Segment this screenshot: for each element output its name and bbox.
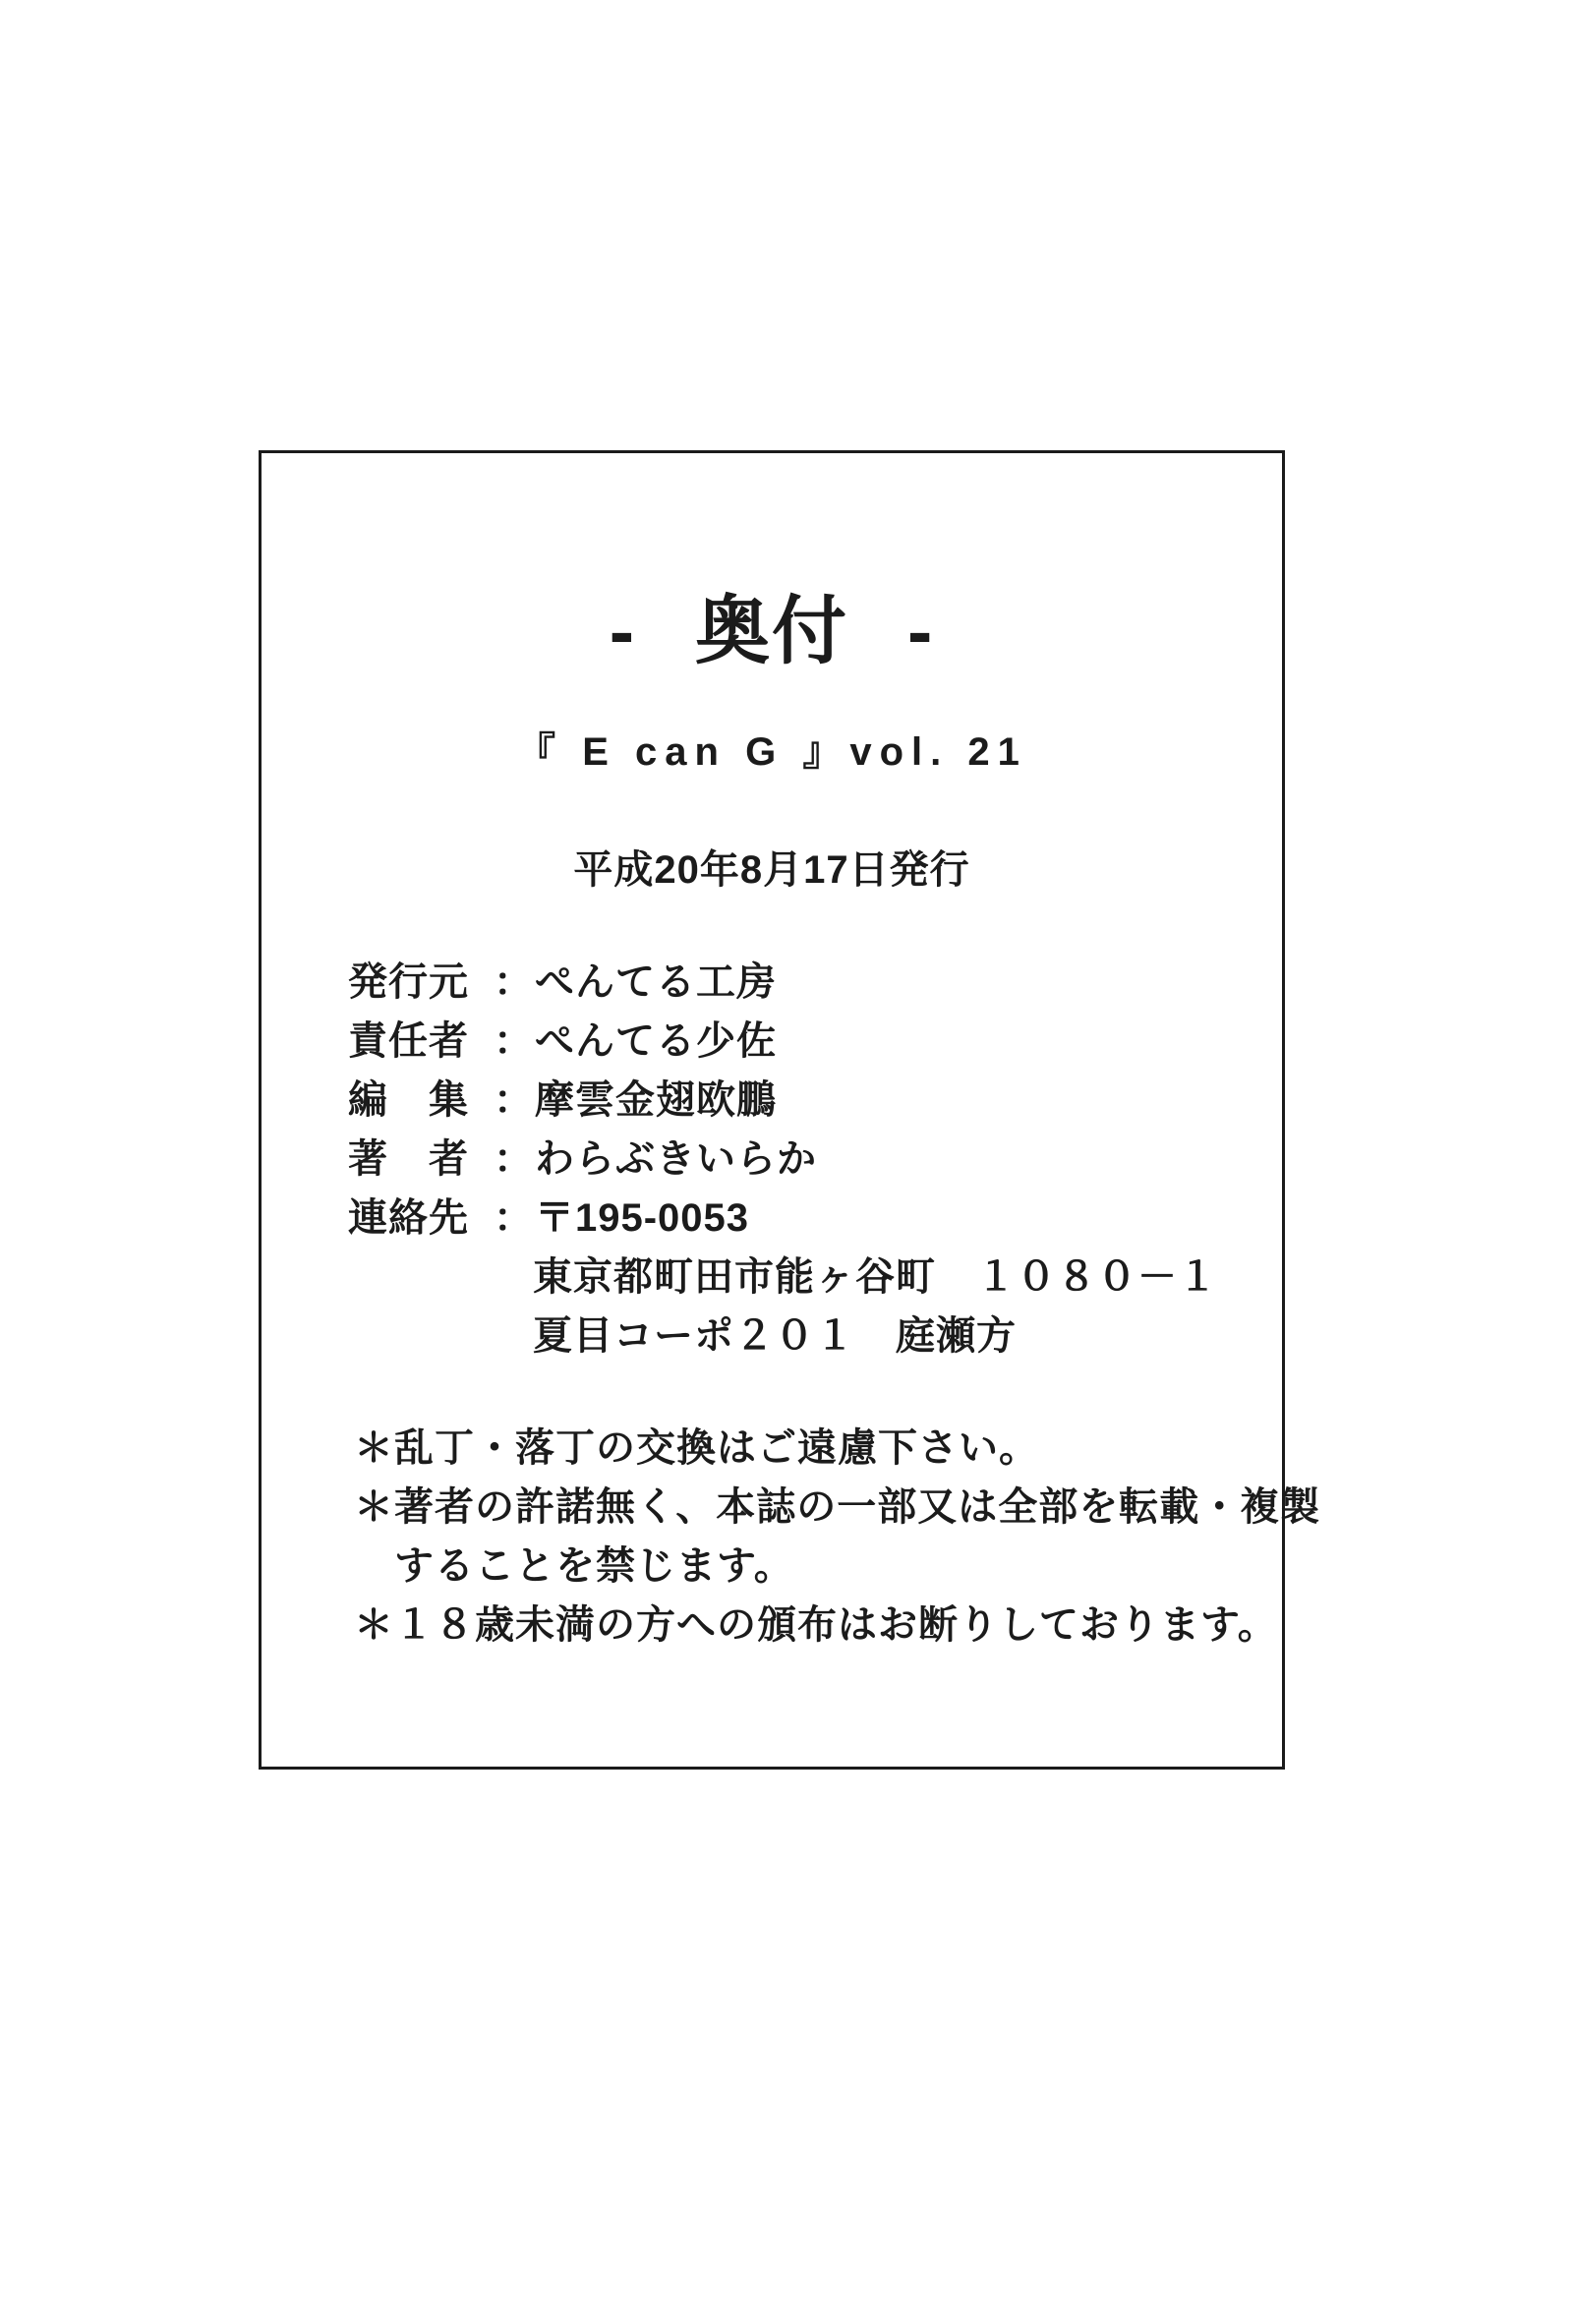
row-value: わらぶきいらか xyxy=(535,1137,817,1181)
colophon-row-author: 著 者：わらぶきいらか xyxy=(348,1130,1282,1189)
row-colon: ： xyxy=(494,1189,533,1248)
title-text: 奥付 xyxy=(695,590,848,673)
row-colon: ： xyxy=(494,1012,533,1071)
page-title: -奥付- xyxy=(262,586,1282,678)
note-age-restriction: ＊１８歳未満の方への頒布はお断りしております。 xyxy=(354,1596,1282,1655)
contact-address-line-1: 東京都町田市能ヶ谷町 １０８０－１ xyxy=(348,1248,1282,1307)
row-label: 編 集 xyxy=(348,1071,464,1130)
scanned-colophon-page: -奥付- 『 E can G 』vol. 21 平成20年8月17日発行 発行元… xyxy=(0,0,1573,2324)
disclaimer-notes-block: ＊乱丁・落丁の交換はご遠慮下さい。 ＊著者の許諾無く、本誌の一部又は全部を転載・… xyxy=(262,1419,1282,1655)
title-dash-right: - xyxy=(907,590,934,673)
colophon-border-box: -奥付- 『 E can G 』vol. 21 平成20年8月17日発行 発行元… xyxy=(259,450,1285,1770)
row-colon: ： xyxy=(494,1130,533,1189)
title-dash-left: - xyxy=(610,590,636,673)
row-colon: ： xyxy=(494,953,533,1012)
volume-title: 『 E can G 』vol. 21 xyxy=(262,728,1282,776)
colophon-info-block: 発行元：ぺんてる工房 責任者：ぺんてる少佐 編 集：摩雲金翅欧鵬 著 者：わらぶ… xyxy=(262,953,1282,1365)
row-label: 連絡先 xyxy=(348,1189,464,1248)
row-label: 発行元 xyxy=(348,953,464,1012)
publication-date: 平成20年8月17日発行 xyxy=(262,846,1282,894)
contact-address-line-2: 夏目コーポ２０１ 庭瀬方 xyxy=(348,1307,1282,1365)
note-copyright-2: することを禁じます。 xyxy=(354,1537,1282,1596)
colophon-row-editor: 編 集：摩雲金翅欧鵬 xyxy=(348,1071,1282,1130)
row-value: ぺんてる工房 xyxy=(535,960,777,1004)
colophon-row-publisher: 発行元：ぺんてる工房 xyxy=(348,953,1282,1012)
row-colon: ： xyxy=(494,1071,533,1130)
row-label: 責任者 xyxy=(348,1012,464,1071)
row-value: 〒195-0053 xyxy=(535,1196,749,1240)
colophon-row-contact: 連絡先：〒195-0053 xyxy=(348,1189,1282,1248)
colophon-row-responsible: 責任者：ぺんてる少佐 xyxy=(348,1012,1282,1071)
row-label: 著 者 xyxy=(348,1130,464,1189)
note-misprint: ＊乱丁・落丁の交換はご遠慮下さい。 xyxy=(354,1419,1282,1478)
note-copyright-1: ＊著者の許諾無く、本誌の一部又は全部を転載・複製 xyxy=(354,1478,1282,1537)
row-value: 摩雲金翅欧鵬 xyxy=(535,1078,777,1122)
row-value: ぺんてる少佐 xyxy=(535,1019,777,1063)
